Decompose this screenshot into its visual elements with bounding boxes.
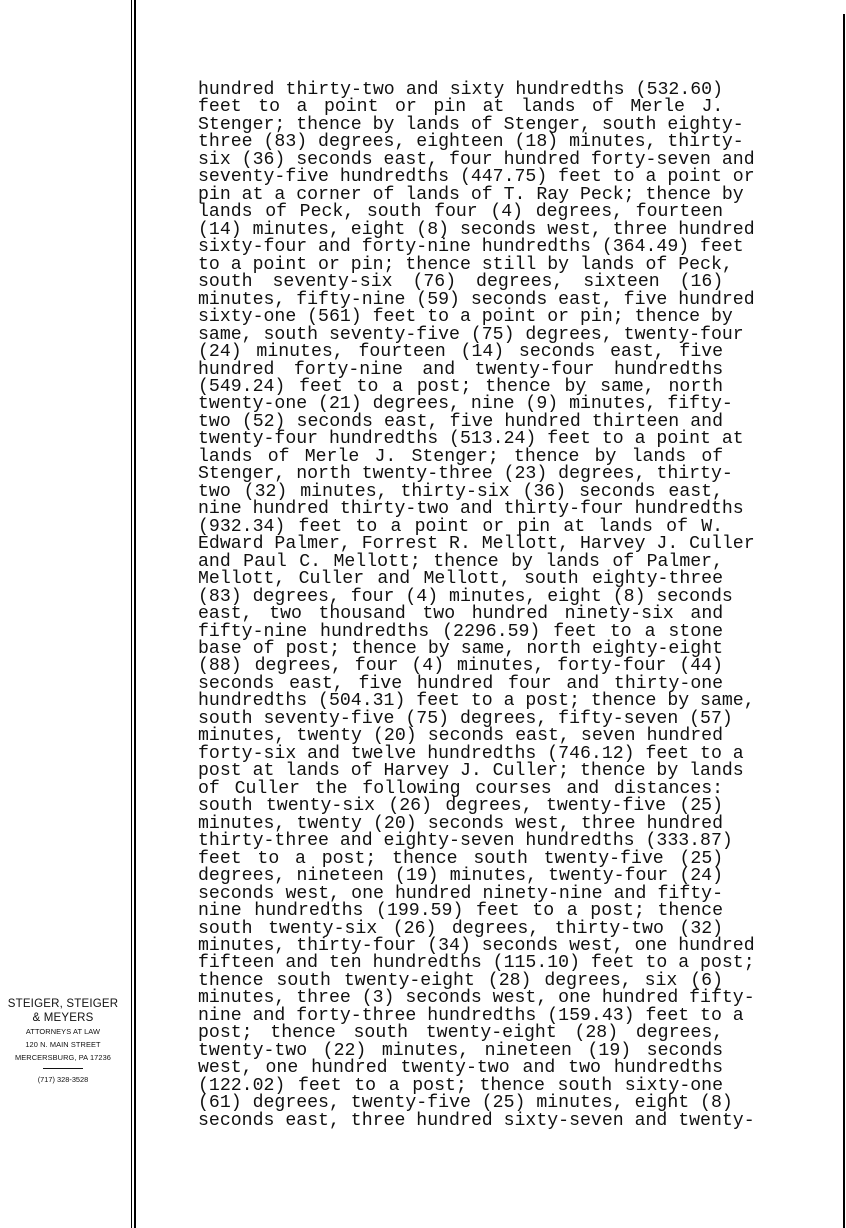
document-line: sixty-one (561) feet to a point or pin; … xyxy=(198,309,723,326)
document-line: Mellott, Culler and Mellott, south eight… xyxy=(198,571,723,588)
margin-rule-thin xyxy=(131,0,132,1228)
letterhead-divider xyxy=(43,1068,83,1069)
law-firm-letterhead: STEIGER, STEIGER & MEYERS ATTORNEYS AT L… xyxy=(0,997,126,1085)
deed-description-text: hundred thirty-two and sixty hundredths … xyxy=(198,82,723,1130)
document-line: degrees, nineteen (19) minutes, twenty-f… xyxy=(198,868,723,885)
margin-rule-thick xyxy=(134,0,136,1228)
firm-city: MERCERSBURG, PA 17236 xyxy=(0,1051,126,1064)
firm-name-line1: STEIGER, STEIGER xyxy=(0,997,126,1011)
document-line: seconds east, three hundred sixty-seven … xyxy=(198,1113,723,1130)
document-line: (24) minutes, fourteen (14) seconds east… xyxy=(198,344,723,361)
firm-phone: (717) 328-3528 xyxy=(0,1075,126,1085)
document-line: thirty-three and eighty-seven hundredths… xyxy=(198,833,723,850)
right-edge-rule xyxy=(843,14,845,1228)
firm-street: 120 N. MAIN STREET xyxy=(0,1038,126,1051)
firm-name-line2: & MEYERS xyxy=(0,1011,126,1025)
document-line: east, two thousand two hundred ninety-si… xyxy=(198,606,723,623)
firm-practice: ATTORNEYS AT LAW xyxy=(0,1025,126,1038)
document-line: south seventy-six (76) degrees, sixteen … xyxy=(198,274,723,291)
document-line: nine hundredths (199.59) feet to a post;… xyxy=(198,903,723,920)
